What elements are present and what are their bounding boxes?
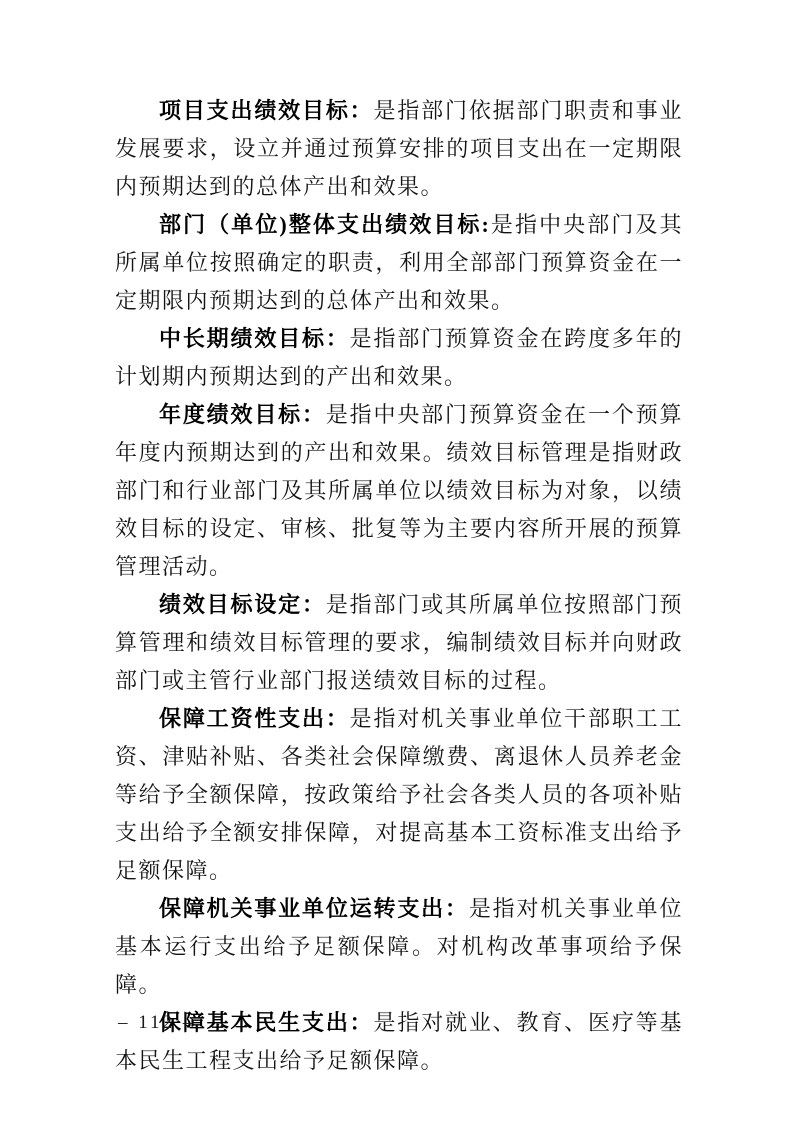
- term-label: 项目支出绩效目标：: [159, 98, 374, 123]
- glossary-paragraph: 绩效目标设定：是指部门或其所属单位按照部门预算管理和绩效目标管理的要求，编制绩效…: [115, 586, 683, 700]
- glossary-paragraph: 年度绩效目标：是指中央部门预算资金在一个预算年度内预期达到的产出和效果。绩效目标…: [115, 396, 683, 586]
- glossary-content: 项目支出绩效目标：是指部门依据部门职责和事业发展要求，设立并通过预算安排的项目支…: [115, 92, 683, 1080]
- glossary-paragraph: 保障机关事业单位运转支出：是指对机关事业单位基本运行支出给予足额保障。对机构改革…: [115, 890, 683, 1004]
- glossary-paragraph: 项目支出绩效目标：是指部门依据部门职责和事业发展要求，设立并通过预算安排的项目支…: [115, 92, 683, 206]
- term-label: 保障机关事业单位运转支出：: [159, 896, 469, 921]
- glossary-paragraph: 保障工资性支出：是指对机关事业单位干部职工工资、津贴补贴、各类社会保障缴费、离退…: [115, 700, 683, 890]
- definition-text: 是指对机关事业单位干部职工工资、津贴补贴、各类社会保障缴费、离退休人员养老金等给…: [115, 706, 683, 883]
- glossary-paragraph: 中长期绩效目标：是指部门预算资金在跨度多年的计划期内预期达到的产出和效果。: [115, 320, 683, 396]
- glossary-paragraph: 部门（单位)整体支出绩效目标:是指中央部门及其所属单位按照确定的职责，利用全部部…: [115, 206, 683, 320]
- glossary-paragraph: 保障基本民生支出：是指对就业、教育、医疗等基本民生工程支出给予足额保障。: [115, 1004, 683, 1080]
- term-label: 中长期绩效目标：: [159, 326, 350, 351]
- term-label: 年度绩效目标：: [159, 402, 326, 427]
- term-label: 绩效目标设定：: [159, 592, 326, 617]
- term-label: 保障工资性支出：: [159, 706, 350, 731]
- document-page: 项目支出绩效目标：是指部门依据部门职责和事业发展要求，设立并通过预算安排的项目支…: [0, 0, 793, 1122]
- page-number: – 112 –: [118, 1012, 195, 1034]
- definition-text: 是指中央部门预算资金在一个预算年度内预期达到的产出和效果。绩效目标管理是指财政部…: [115, 402, 683, 579]
- term-label: 部门（单位)整体支出绩效目标:: [159, 212, 490, 237]
